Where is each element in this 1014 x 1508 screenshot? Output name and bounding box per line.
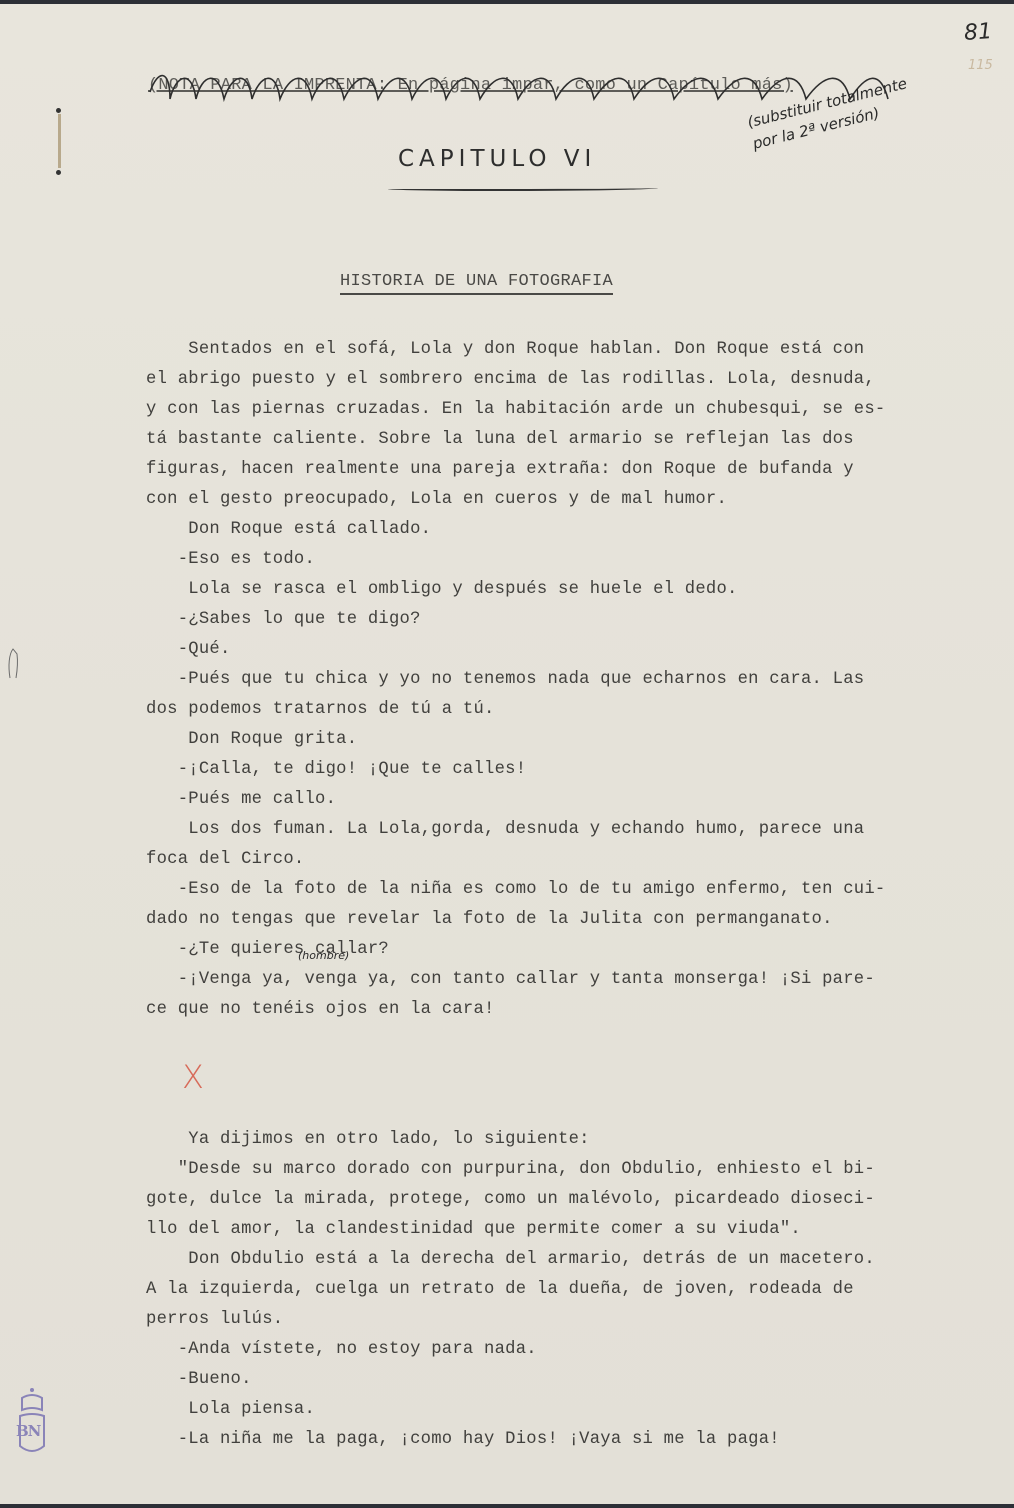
crown-stamp-icon — [12, 1386, 52, 1456]
stamp-letters: BN — [16, 1422, 40, 1440]
printer-note-struck: (NOTA PARA LA IMPRENTA: En página impar,… — [148, 76, 793, 95]
section-title: HISTORIA DE UNA FOTOGRAFIA — [340, 272, 613, 295]
pencil-mark-icon — [6, 646, 20, 680]
chapter-underline — [388, 186, 658, 191]
chapter-heading: CAPITULO VI — [398, 146, 596, 172]
binder-staple — [58, 108, 62, 174]
folio-number: 81 — [963, 19, 993, 46]
typed-text-section-2: Ya dijimos en otro lado, lo siguiente: "… — [146, 1125, 986, 1455]
folio-number-secondary: 115 — [968, 58, 993, 73]
red-deletion-mark: X — [182, 1058, 204, 1096]
scan-bottom-border — [0, 1504, 1014, 1508]
typed-text-section-1: Sentados en el sofá, Lola y don Roque ha… — [146, 335, 986, 1025]
library-stamp: BN — [12, 1386, 52, 1456]
manuscript-page: 81 115 (NOTA PARA LA IMPRENTA: En página… — [0, 4, 1014, 1504]
handwritten-insert: (hombre) — [298, 949, 349, 962]
